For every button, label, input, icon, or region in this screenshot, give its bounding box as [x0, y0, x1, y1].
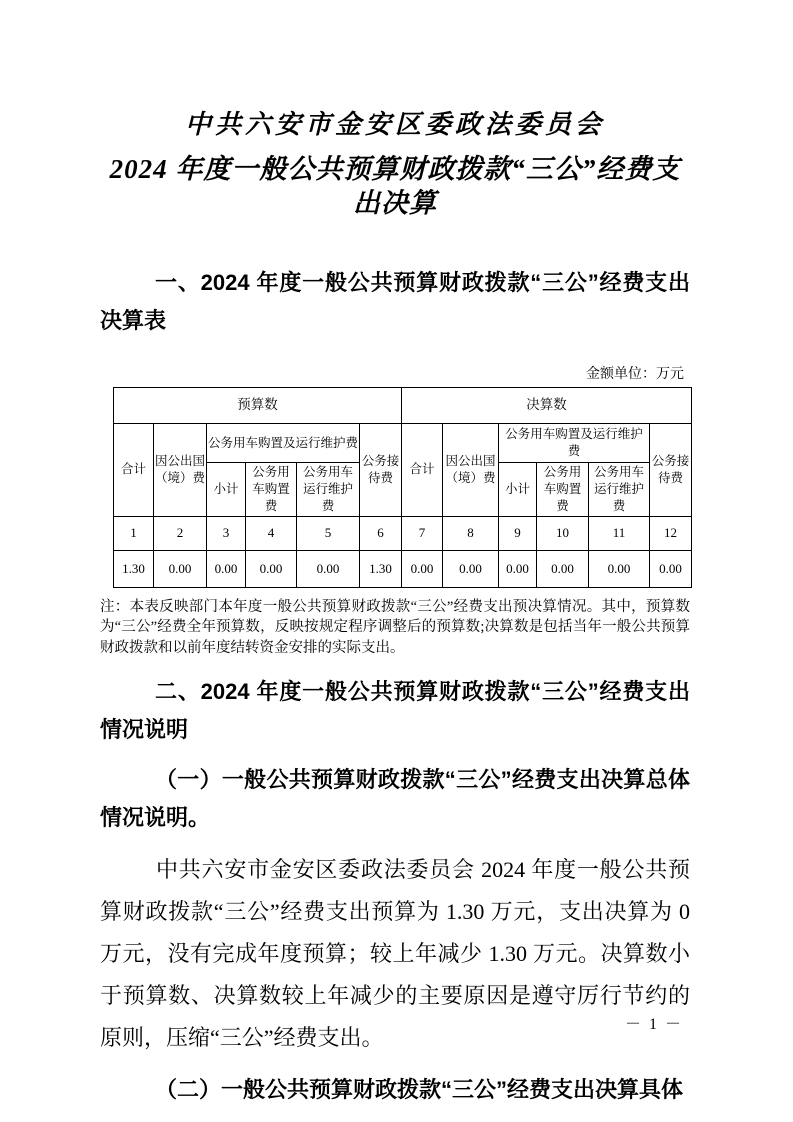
column-number: 7	[402, 516, 443, 550]
col-header-final-vehicle-group: 公务用车购置及运行维护费	[499, 424, 650, 463]
section1-heading: 一、2024 年度一般公共预算财政拨款“三公”经费支出决算表	[100, 264, 690, 340]
table-value-row: 1.30 0.00 0.00 0.00 0.00 1.30 0.00 0.00 …	[114, 550, 692, 587]
col-header-budget-maintenance: 公务用车运行维护费	[297, 463, 360, 517]
column-number: 10	[537, 516, 589, 550]
value-cell: 0.00	[207, 550, 246, 587]
document-page: 中共六安市金安区委政法委员会 2024 年度一般公共预算财政拨款“三公”经费支出…	[0, 0, 793, 1122]
expenditure-table: 预算数 决算数 合计 因公出国（境）费 公务用车购置及运行维护费 公务接待费 合…	[113, 387, 692, 588]
document-title-line1: 中共六安市金安区委政法委员会	[100, 108, 690, 142]
value-cell: 1.30	[360, 550, 402, 587]
col-header-final-subtotal: 小计	[499, 463, 537, 517]
col-header-final-purchase: 公务用车购置费	[537, 463, 589, 517]
col-header-budget-purchase: 公务用车购置费	[246, 463, 297, 517]
section2-heading: 二、2024 年度一般公共预算财政拨款“三公”经费支出情况说明	[100, 673, 690, 749]
column-number: 8	[443, 516, 499, 550]
value-cell: 0.00	[537, 550, 589, 587]
value-cell: 0.00	[297, 550, 360, 587]
column-number: 6	[360, 516, 402, 550]
col-header-budget-total: 合计	[114, 424, 154, 517]
value-cell: 0.00	[650, 550, 692, 587]
col-header-budget-vehicle-group: 公务用车购置及运行维护费	[207, 424, 360, 463]
col-header-final-reception: 公务接待费	[650, 424, 692, 517]
col-header-final-total: 合计	[402, 424, 443, 517]
value-cell: 0.00	[589, 550, 650, 587]
col-header-budget-subtotal: 小计	[207, 463, 246, 517]
table-group-header-row: 预算数 决算数	[114, 388, 692, 424]
group-header-final: 决算数	[402, 388, 692, 424]
column-number: 3	[207, 516, 246, 550]
page-number: － 1 －	[625, 1011, 683, 1034]
document-title-line2: 2024 年度一般公共预算财政拨款“三公”经费支出决算	[100, 152, 690, 220]
table-note: 注：本表反映部门本年度一般公共预算财政拨款“三公”经费支出预决算情况。其中，预算…	[100, 597, 690, 659]
section2-sub2-heading: （二）一般公共预算财政拨款“三公”经费支出决算具体	[100, 1071, 690, 1109]
amount-unit-label: 金额单位：万元	[100, 366, 690, 384]
column-number: 4	[246, 516, 297, 550]
col-header-final-maintenance: 公务用车运行维护费	[589, 463, 650, 517]
section2-sub1-heading: （一）一般公共预算财政拨款“三公”经费支出决算总体情况说明。	[100, 761, 690, 837]
value-cell: 0.00	[246, 550, 297, 587]
value-cell: 0.00	[499, 550, 537, 587]
col-header-final-abroad: 因公出国（境）费	[443, 424, 499, 517]
value-cell: 0.00	[402, 550, 443, 587]
value-cell: 1.30	[114, 550, 154, 587]
column-number: 11	[589, 516, 650, 550]
column-number: 2	[154, 516, 207, 550]
col-header-budget-reception: 公务接待费	[360, 424, 402, 517]
column-number: 12	[650, 516, 692, 550]
group-header-budget: 预算数	[114, 388, 402, 424]
table-header-row-1: 合计 因公出国（境）费 公务用车购置及运行维护费 公务接待费 合计 因公出国（境…	[114, 424, 692, 463]
value-cell: 0.00	[154, 550, 207, 587]
column-number: 5	[297, 516, 360, 550]
column-number: 1	[114, 516, 154, 550]
section2-sub1-paragraph: 中共六安市金安区委政法委员会 2024 年度一般公共预算财政拨款“三公”经费支出…	[100, 849, 690, 1059]
value-cell: 0.00	[443, 550, 499, 587]
table-column-number-row: 1 2 3 4 5 6 7 8 9 10 11 12	[114, 516, 692, 550]
column-number: 9	[499, 516, 537, 550]
col-header-budget-abroad: 因公出国（境）费	[154, 424, 207, 517]
